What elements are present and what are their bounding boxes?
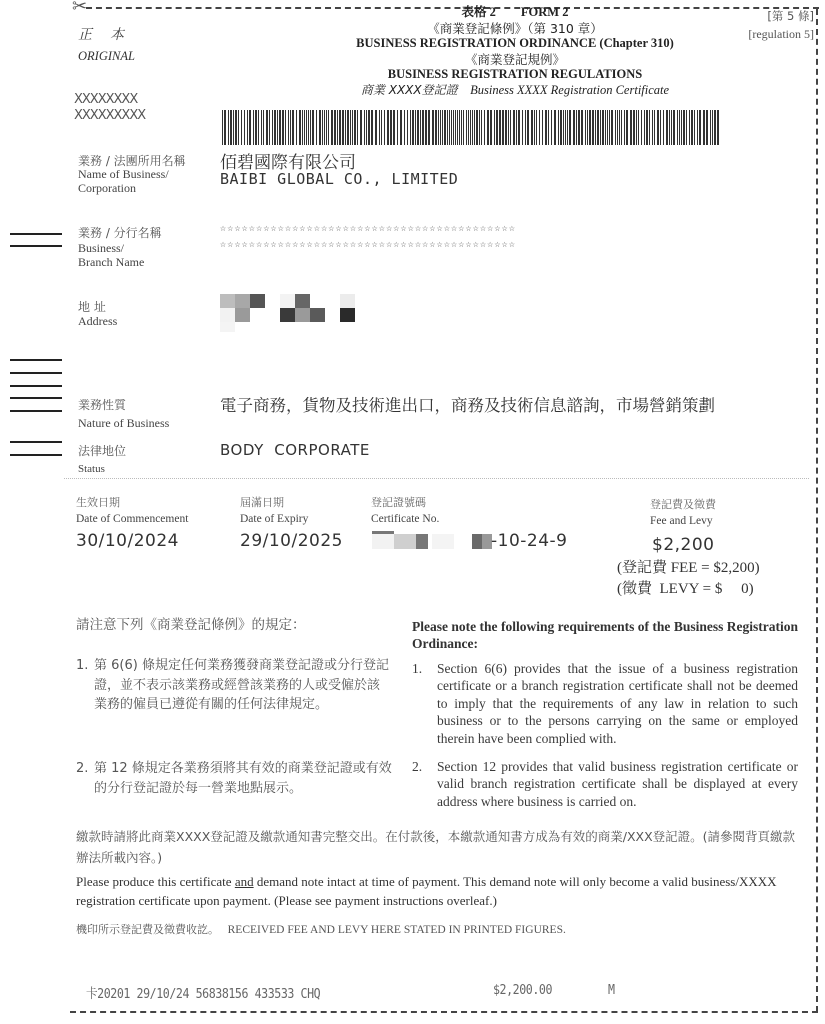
status-value: BODY CORPORATE	[220, 441, 370, 459]
note-zh-1: 1. 第 6(6) 條規定任何業務獲發商業登記證或分行登記證，並不表示該業務或經…	[76, 656, 392, 715]
form-number: 表格 2 FORM 2	[300, 5, 730, 21]
barcode	[222, 110, 720, 145]
copy-label-zh: 正本	[78, 24, 142, 44]
address-value-redacted	[220, 294, 380, 334]
strike-line	[10, 385, 62, 387]
regulation-ref-zh: [第 5 條]	[722, 7, 814, 25]
branch-label-zh: 業務 / 分行名稱	[78, 224, 162, 241]
commencement-label-en: Date of Commencement	[76, 513, 188, 525]
name-label-en-line1: Name of Business/	[78, 167, 169, 181]
note-zh-2: 2. 第 12 條規定各業務須將其有效的商業登記證或有效的分行登記證於每一營業地…	[76, 759, 392, 798]
name-label-en: Name of Business/ Corporation	[78, 167, 169, 195]
strike-line	[10, 441, 62, 443]
strike-line	[10, 359, 62, 361]
note-zh-1-text: 第 6(6) 條規定任何業務獲發商業登記證或分行登記證，並不表示該業務或經營該業…	[76, 656, 392, 715]
payment-instruction-en-part1: Please produce this certificate	[76, 874, 235, 889]
nature-label-en: Nature of Business	[78, 416, 169, 430]
strike-line	[10, 410, 62, 412]
nature-label-zh: 業務性質	[78, 396, 126, 413]
expiry-date: 29/10/2025	[240, 531, 343, 551]
received-statement: 機印所示登記費及徵費收訖。 RECEIVED FEE AND LEVY HERE…	[76, 921, 566, 937]
strike-line	[10, 245, 62, 247]
note-en-1-number: 1.	[412, 660, 422, 677]
receipt-line: 卡20201 29/10/24 56838156 433533 CHQ	[86, 982, 320, 1002]
regulations-title-zh: 《商業登記規例》	[300, 52, 730, 68]
branch-label-en-line1: Business/	[78, 241, 144, 255]
business-name-en: BAIBI GLOBAL CO., LIMITED	[220, 170, 458, 188]
ordinance-title-en: BUSINESS REGISTRATION ORDINANCE (Chapter…	[300, 36, 730, 52]
fee-breakdown-levy: (徵費 LEVY = $ 0)	[617, 577, 754, 598]
received-statement-en: RECEIVED FEE AND LEVY HERE STATED IN PRI…	[228, 924, 566, 936]
branch-label-en: Business/ Branch Name	[78, 241, 144, 269]
notes-heading-en: Please note the following requirements o…	[412, 618, 798, 652]
commencement-label-zh: 生效日期	[76, 494, 120, 510]
fee-label-en: Fee and Levy	[650, 515, 713, 527]
regulation-ref-en: [regulation 5]	[722, 25, 814, 43]
copy-label-en: ORIGINAL	[78, 49, 135, 64]
form-header: 表格 2 FORM 2 《商業登記條例》（第 310 章） BUSINESS R…	[300, 5, 730, 99]
receipt-amount: $2,200.00	[493, 982, 552, 998]
receipt-mark: M	[608, 982, 615, 998]
certificate-title: 商業 XXXX登記證 Business XXXX Registration Ce…	[300, 83, 730, 99]
regulations-title-en: BUSINESS REGISTRATION REGULATIONS	[300, 67, 730, 83]
strike-line	[10, 372, 62, 374]
payment-instruction-en: Please produce this certificate and dema…	[76, 872, 806, 910]
payment-instruction-zh: 繳款時請將此商業XXXX登記證及繳款通知書完整交出。在付款後，本繳款通知書方成為…	[76, 826, 806, 868]
note-zh-2-text: 第 12 條規定各業務須將其有效的商業登記證或有效的分行登記證於每一營業地點展示…	[76, 759, 392, 798]
branch-name-masked-line1: ☆☆☆☆☆☆☆☆☆☆☆☆☆☆☆☆☆☆☆☆☆☆☆☆☆☆☆☆☆☆☆☆☆☆☆☆☆☆☆☆…	[220, 223, 516, 234]
commencement-date: 30/10/2024	[76, 531, 179, 551]
strike-line	[10, 233, 62, 235]
scissors-icon: ✂	[72, 0, 87, 17]
address-label-en: Address	[78, 314, 117, 328]
certificate-label-zh: 登記證號碼	[371, 494, 426, 510]
fee-breakdown-fee: (登記費 FEE = $2,200)	[617, 556, 760, 577]
strike-line	[10, 454, 62, 456]
regulation-reference: [第 5 條] [regulation 5]	[722, 7, 814, 43]
notes-heading-zh: 請注意下列《商業登記條例》的規定：	[76, 616, 306, 636]
branch-name-masked-line2: ☆☆☆☆☆☆☆☆☆☆☆☆☆☆☆☆☆☆☆☆☆☆☆☆☆☆☆☆☆☆☆☆☆☆☆☆☆☆☆☆…	[220, 239, 516, 250]
fee-total: $2,200	[652, 535, 714, 555]
strike-line	[10, 397, 62, 399]
status-label-zh: 法律地位	[78, 442, 126, 459]
certificate-number-redacted	[372, 531, 492, 551]
address-label-zh: 地 址	[78, 298, 106, 315]
note-en-1-text: Section 6(6) provides that the issue of …	[412, 660, 798, 747]
payment-instruction-en-underlined: and	[235, 874, 254, 889]
name-label-en-line2: Corporation	[78, 181, 169, 195]
received-statement-zh: 機印所示登記費及徵費收訖。	[76, 923, 219, 936]
expiry-label-zh: 屆滿日期	[240, 494, 284, 510]
note-en-2: 2. Section 12 provides that valid busine…	[412, 758, 798, 810]
expiry-label-en: Date of Expiry	[240, 513, 308, 525]
fee-label-zh: 登記費及徵費	[650, 496, 716, 512]
certificate-label-en: Certificate No.	[371, 513, 439, 525]
branch-label-en-line2: Branch Name	[78, 255, 144, 269]
certificate-title-en: Business XXXX Registration Certificate	[470, 83, 669, 97]
certificate-number-suffix: -10-24-9	[491, 531, 567, 551]
status-label-en: Status	[78, 462, 105, 476]
note-zh-2-number: 2.	[76, 759, 88, 779]
masked-code-line-2: XXXXXXXXX	[74, 108, 145, 123]
note-en-1: 1. Section 6(6) provides that the issue …	[412, 660, 798, 747]
note-zh-1-number: 1.	[76, 656, 88, 676]
section-divider	[64, 478, 809, 479]
ordinance-title-zh: 《商業登記條例》（第 310 章）	[300, 21, 730, 37]
certificate-title-zh: 商業 XXXX登記證	[361, 83, 458, 97]
cut-line-bottom	[70, 1011, 818, 1013]
note-en-2-text: Section 12 provides that valid business …	[412, 758, 798, 810]
cut-line-right	[816, 9, 818, 1012]
nature-of-business-value: 電子商務，貨物及技術進出口，商務及技術信息諮詢，市場營銷策劃	[220, 392, 715, 416]
masked-code-line-1: XXXXXXXX	[74, 92, 137, 107]
note-en-2-number: 2.	[412, 758, 422, 775]
